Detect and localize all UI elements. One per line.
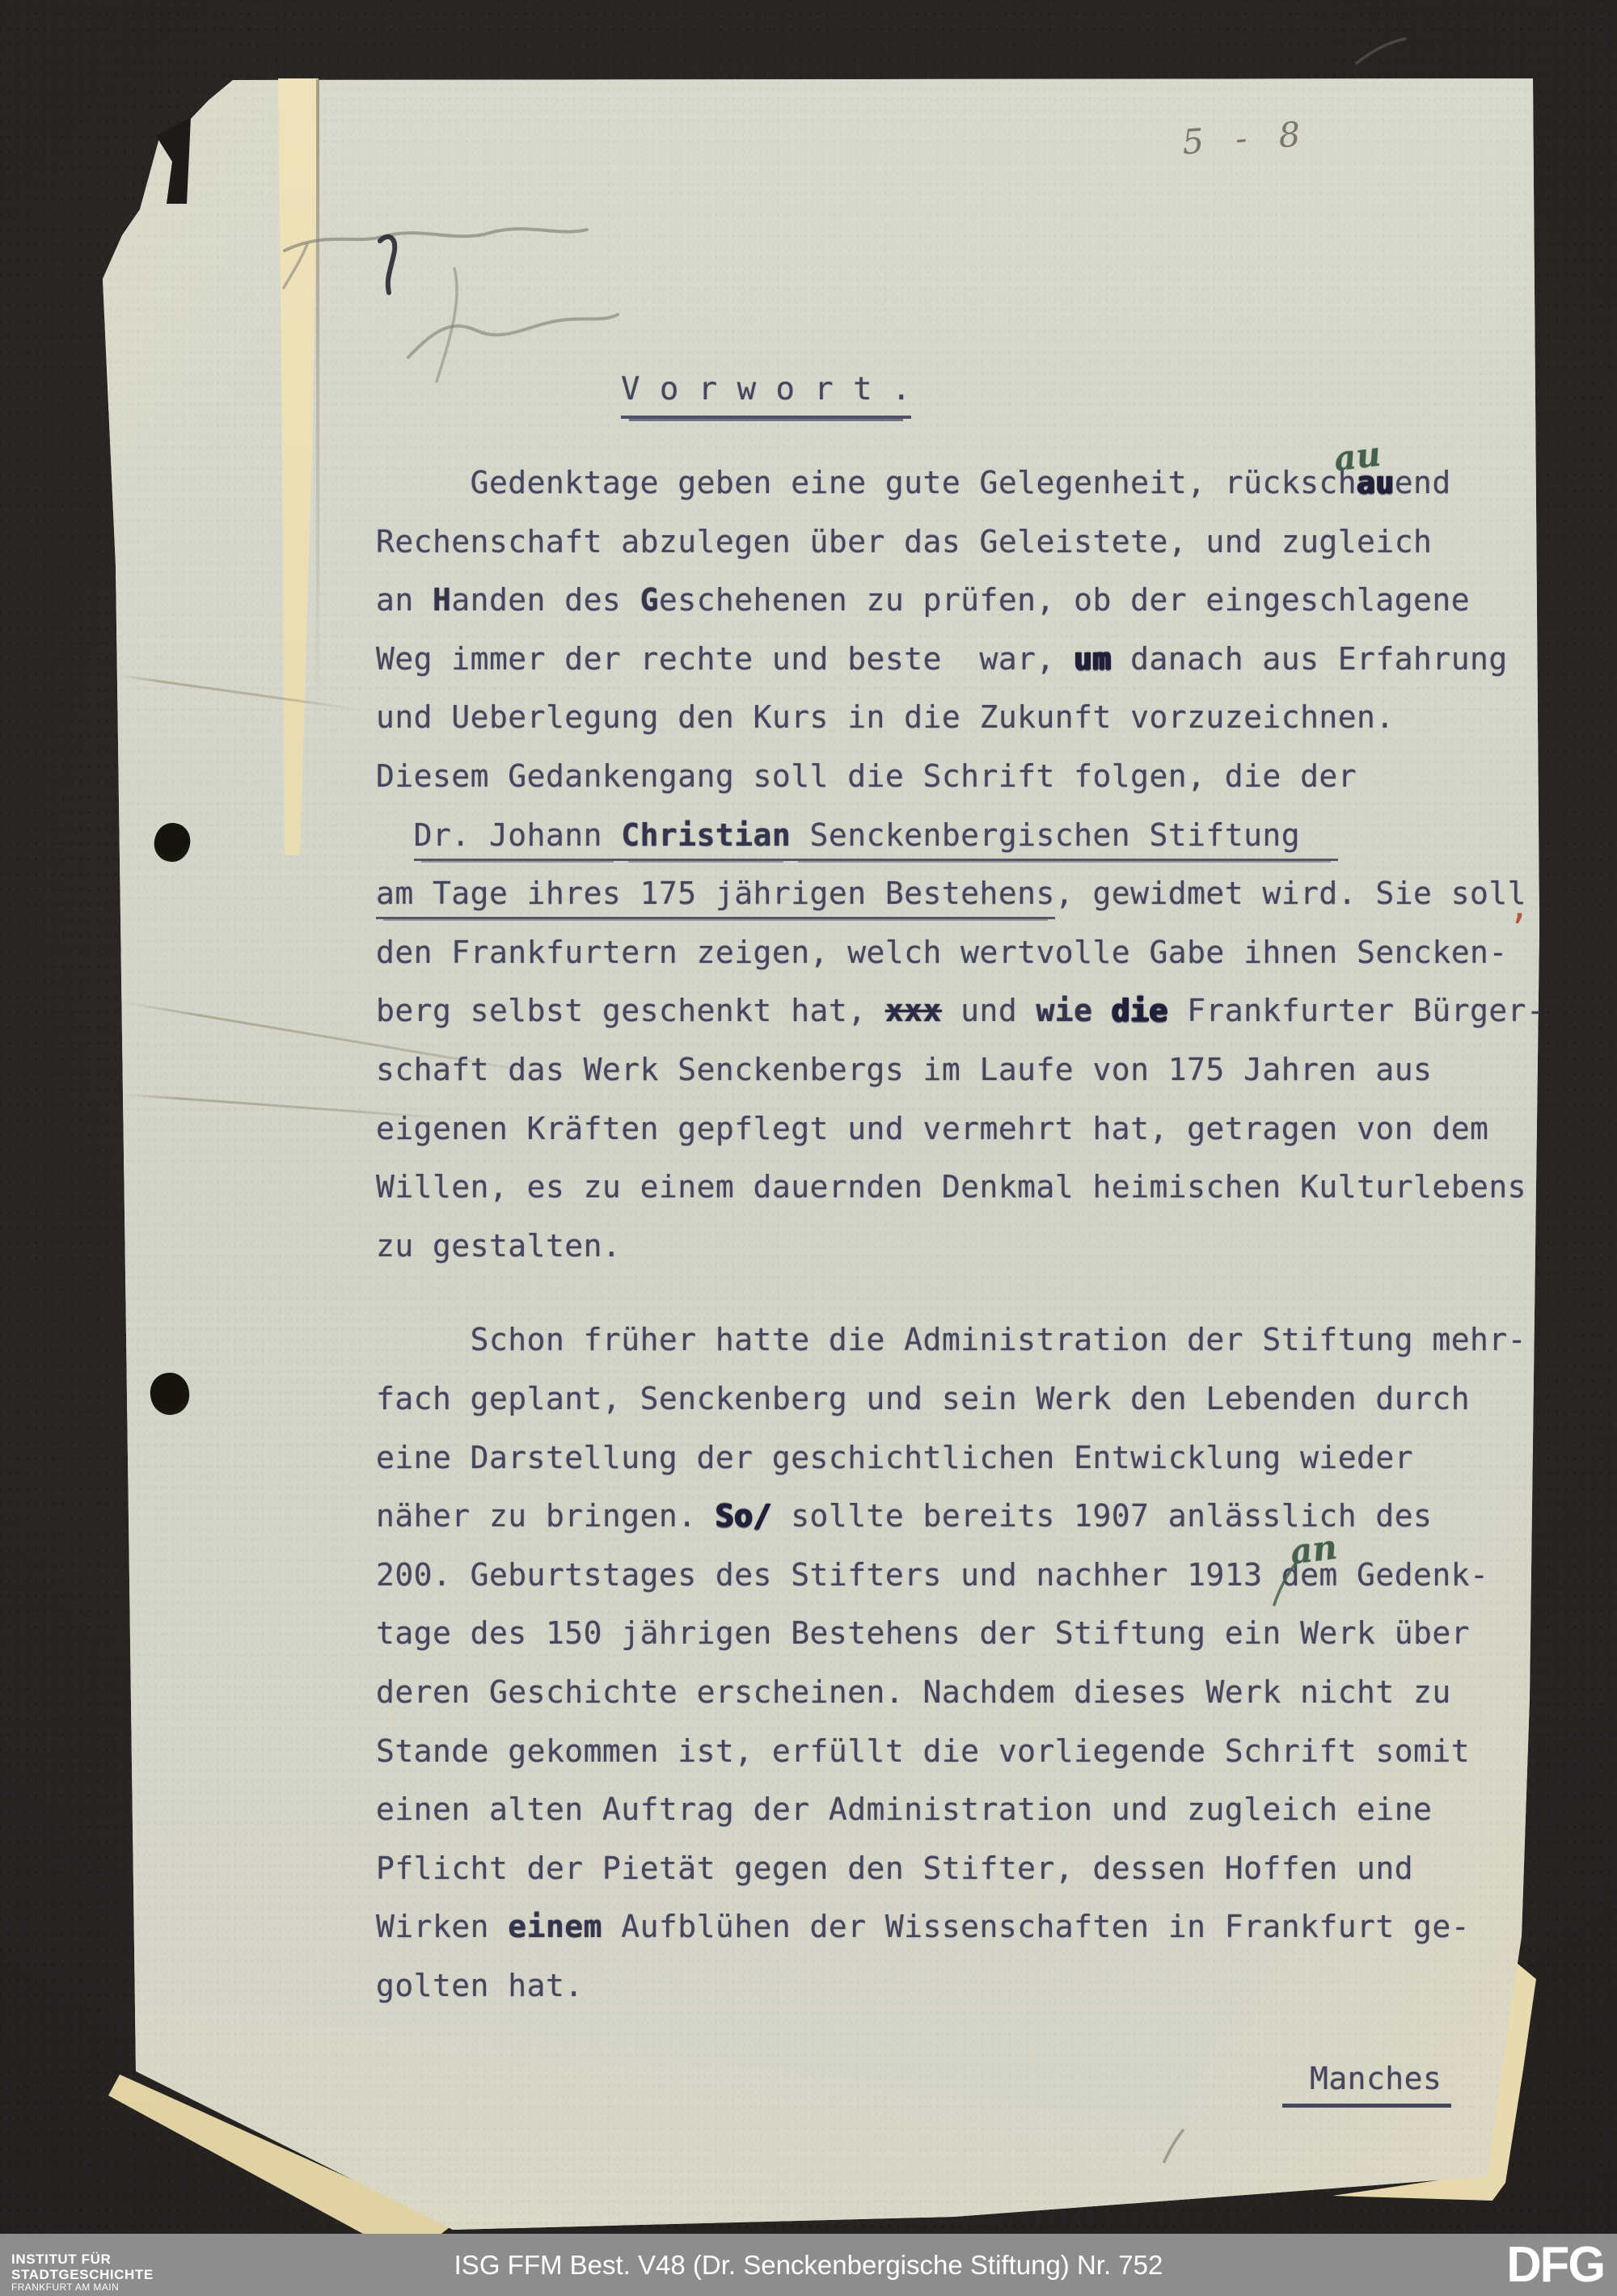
typed-line: Gedenktage geben eine gute Gelegenheit, … bbox=[376, 467, 1451, 500]
typed-segment: anden des bbox=[451, 582, 640, 618]
typed-segment: eigenen Kräften gepflegt und vermehrt ha… bbox=[376, 1111, 1488, 1146]
typed-segment-blot: So/ bbox=[716, 1498, 772, 1534]
typed-segment: Stande gekommen ist, erfüllt die vorlieg… bbox=[376, 1733, 1470, 1769]
typed-segment: deren Geschichte erscheinen. Nachdem die… bbox=[376, 1674, 1451, 1710]
typed-segment: zu gestalten. bbox=[376, 1228, 621, 1264]
typed-line: eigenen Kräften gepflegt und vermehrt ha… bbox=[376, 1113, 1488, 1146]
typed-line: einen alten Auftrag der Administration u… bbox=[376, 1794, 1432, 1826]
typed-segment: tage des 150 jährigen Bestehens der Stif… bbox=[376, 1615, 1470, 1651]
typed-segment: und bbox=[942, 993, 1036, 1028]
typed-line: näher zu bringen. So/ sollte bereits 190… bbox=[376, 1500, 1432, 1533]
typed-line: deren Geschichte erscheinen. Nachdem die… bbox=[376, 1677, 1451, 1709]
typed-segment: einen alten Auftrag der Administration u… bbox=[376, 1792, 1432, 1827]
typed-line: Diesem Gedankengang soll die Schrift fol… bbox=[376, 761, 1357, 793]
page-title: V o r w o r t . bbox=[621, 374, 911, 407]
archive-reference: ISG FFM Best. V48 (Dr. Senckenbergische … bbox=[0, 2250, 1617, 2281]
typed-segment-u: am Tage ihres 175 jährigen Bestehens bbox=[376, 876, 1055, 919]
typed-line: Weg immer der rechte und beste war, um d… bbox=[376, 644, 1508, 676]
tear-shadow bbox=[316, 79, 319, 726]
typed-segment: Frankfurter Bürger- bbox=[1168, 993, 1546, 1028]
typed-segment: , gewidmet wird. Sie soll bbox=[1055, 876, 1526, 911]
typed-segment-u: Senckenbergischen Stiftung bbox=[791, 817, 1338, 861]
typed-segment: eine Darstellung der geschichtlichen Ent… bbox=[376, 1440, 1413, 1475]
typed-segment-bu: Christian bbox=[621, 817, 791, 861]
archive-scan-page: V o r w o r t . Gedenktage geben eine gu… bbox=[0, 0, 1617, 2296]
dfg-logo: DFG bbox=[1506, 2235, 1604, 2293]
paper-sheet bbox=[0, 0, 1617, 2296]
typed-segment: end bbox=[1395, 465, 1451, 500]
typed-line: schaft das Werk Senckenbergs im Laufe vo… bbox=[376, 1054, 1432, 1087]
typed-segment bbox=[1092, 993, 1111, 1028]
typed-segment: Diesem Gedankengang soll die Schrift fol… bbox=[376, 758, 1357, 794]
typed-segment: Weg immer der rechte und beste war, bbox=[376, 641, 1074, 677]
typed-segment: näher zu bringen. bbox=[376, 1498, 716, 1534]
red-comma-mark: , bbox=[1509, 886, 1530, 927]
typed-segment: Rechenschaft abzulegen über das Geleiste… bbox=[376, 524, 1432, 559]
typed-segment: schaft das Werk Senckenbergs im Laufe vo… bbox=[376, 1052, 1432, 1087]
typed-line: und Ueberlegung den Kurs in die Zukunft … bbox=[376, 702, 1395, 734]
typed-segment-b: H bbox=[433, 582, 451, 618]
typed-segment-blot: um bbox=[1074, 641, 1112, 677]
pencil-stray-stroke bbox=[1357, 39, 1405, 63]
hand-correction: an bbox=[1288, 1527, 1339, 1572]
typed-segment: den Frankfurtern zeigen, welch wertvolle… bbox=[376, 935, 1508, 970]
typed-segment: golten hat. bbox=[376, 1968, 584, 2003]
typed-segment-blot: die bbox=[1112, 993, 1168, 1028]
typed-line: Rechenschaft abzulegen über das Geleiste… bbox=[376, 526, 1432, 559]
typed-line: Pflicht der Pietät gegen den Stifter, de… bbox=[376, 1853, 1413, 1885]
typed-segment: Wirken bbox=[376, 1909, 508, 1944]
typed-line: Willen, es zu einem dauernden Denkmal he… bbox=[376, 1171, 1526, 1204]
typed-line: golten hat. bbox=[376, 1970, 584, 2003]
signature-manches: Manches bbox=[1282, 2063, 1451, 2108]
typed-segment: und Ueberlegung den Kurs in die Zukunft … bbox=[376, 699, 1395, 735]
typed-line: am Tage ihres 175 jährigen Bestehens, ge… bbox=[376, 878, 1526, 910]
typed-line: zu gestalten. bbox=[376, 1230, 621, 1263]
typed-segment: Pflicht der Pietät gegen den Stifter, de… bbox=[376, 1851, 1413, 1886]
typed-segment-b: einem bbox=[508, 1909, 602, 1944]
typed-segment: danach aus Erfahrung bbox=[1112, 641, 1508, 677]
typed-line: tage des 150 jährigen Bestehens der Stif… bbox=[376, 1618, 1470, 1650]
typed-segment: berg selbst geschenkt hat, bbox=[376, 993, 885, 1028]
typed-line: eine Darstellung der geschichtlichen Ent… bbox=[376, 1442, 1413, 1475]
typed-segment: fach geplant, Senckenberg und sein Werk … bbox=[376, 1381, 1470, 1416]
typed-segment: Gedenktage geben eine gute Gelegenheit, … bbox=[376, 465, 1357, 500]
typed-segment: an bbox=[376, 582, 433, 618]
typed-segment: Willen, es zu einem dauernden Denkmal he… bbox=[376, 1169, 1526, 1205]
typed-line: berg selbst geschenkt hat, xxx und wie d… bbox=[376, 995, 1545, 1028]
typed-line: fach geplant, Senckenberg und sein Werk … bbox=[376, 1383, 1470, 1416]
typed-line: an Handen des Geschehenen zu prüfen, ob … bbox=[376, 585, 1470, 617]
archive-footer-bar: INSTITUT FÜR STADTGESCHICHTE FRANKFURT A… bbox=[0, 2234, 1617, 2296]
typed-segment bbox=[376, 817, 414, 853]
typed-segment-b: G bbox=[640, 582, 659, 618]
typed-line: den Frankfurtern zeigen, welch wertvolle… bbox=[376, 937, 1508, 969]
typed-segment-u: Dr. Johann bbox=[414, 817, 622, 861]
institute-line3: FRANKFURT AM MAIN bbox=[11, 2282, 154, 2293]
typed-segment-b: wie bbox=[1036, 993, 1092, 1028]
typed-segment: Schon früher hatte die Administration de… bbox=[376, 1322, 1526, 1357]
typed-line: Stande gekommen ist, erfüllt die vorlieg… bbox=[376, 1736, 1470, 1768]
hand-correction: au bbox=[1332, 434, 1383, 479]
typed-line: Dr. Johann Christian Senckenbergischen S… bbox=[376, 820, 1338, 852]
typed-segment-xb: xxx bbox=[885, 993, 942, 1028]
typed-line: Schon früher hatte die Administration de… bbox=[376, 1324, 1526, 1357]
typed-segment: eschehenen zu prüfen, ob der eingeschlag… bbox=[659, 582, 1470, 618]
typed-segment: Aufblühen der Wissenschaften in Frankfur… bbox=[602, 1909, 1470, 1944]
typed-line: Wirken einem Aufblühen der Wissenschafte… bbox=[376, 1911, 1470, 1944]
